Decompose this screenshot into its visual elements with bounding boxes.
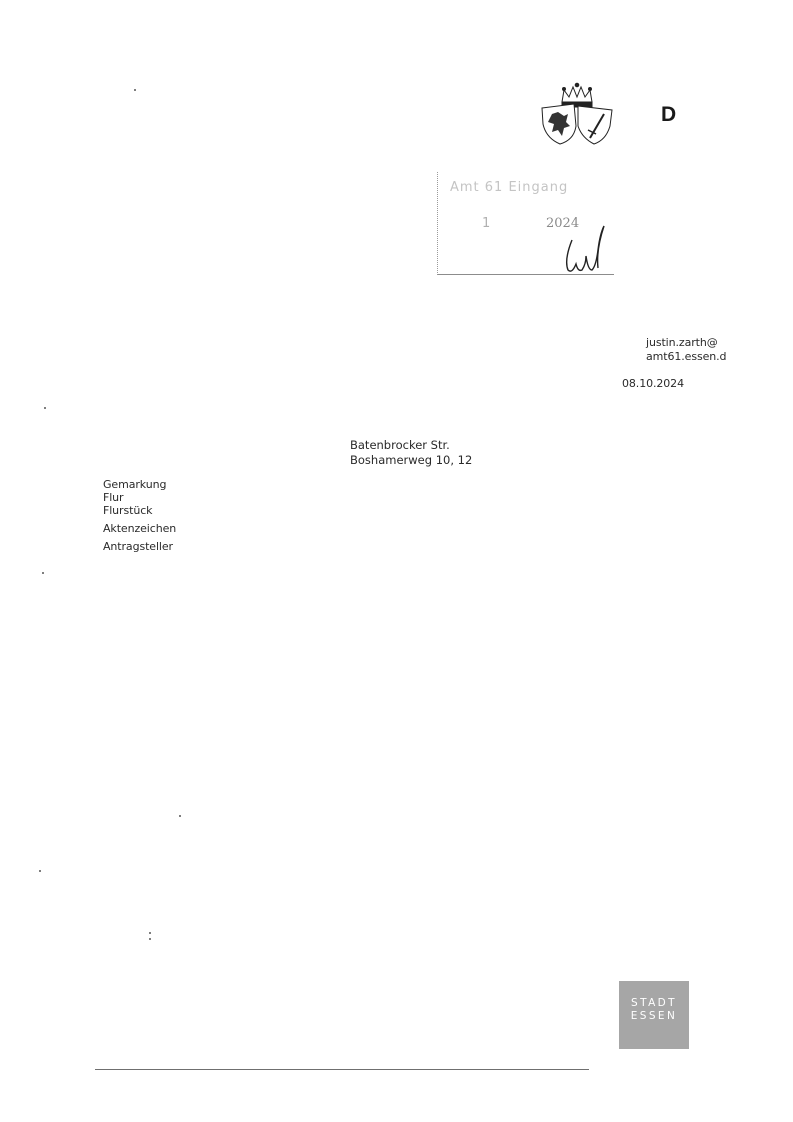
label-aktenzeichen: Aktenzeichen — [103, 522, 176, 535]
stamp-day: 1 — [482, 216, 490, 231]
scan-speck — [149, 938, 151, 940]
department-letter: D — [661, 103, 676, 127]
signature-icon — [560, 220, 608, 276]
logo-line-1: STADT — [619, 997, 689, 1010]
scan-speck — [149, 932, 151, 934]
logo-line-2: ESSEN — [619, 1010, 689, 1023]
contact-email: justin.zarth@ amt61.essen.d — [646, 336, 726, 364]
label-gemarkung: Gemarkung — [103, 478, 176, 491]
reference-labels: Gemarkung Flur Flurstück Aktenzeichen An… — [103, 478, 176, 553]
label-flurstueck: Flurstück — [103, 504, 176, 517]
footer-divider — [95, 1069, 589, 1070]
stamp-header: Amt 61 Eingang — [450, 180, 568, 195]
scan-speck — [44, 407, 46, 409]
coat-of-arms-icon — [538, 82, 616, 146]
scan-speck — [134, 89, 136, 91]
label-flur: Flur — [103, 491, 176, 504]
label-antragsteller: Antragsteller — [103, 540, 176, 553]
scan-speck — [179, 815, 181, 817]
letter-date: 08.10.2024 — [622, 377, 684, 391]
email-line-2: amt61.essen.d — [646, 350, 726, 364]
address-street-1: Batenbrocker Str. — [350, 438, 472, 453]
subject-address: Batenbrocker Str. Boshamerweg 10, 12 — [350, 438, 472, 468]
received-stamp: Amt 61 Eingang 1 2024 — [437, 172, 614, 275]
scan-speck — [39, 870, 41, 872]
address-street-2: Boshamerweg 10, 12 — [350, 453, 472, 468]
scan-speck — [42, 572, 44, 574]
email-line-1: justin.zarth@ — [646, 336, 726, 350]
stadt-essen-logo: STADT ESSEN — [619, 981, 689, 1049]
